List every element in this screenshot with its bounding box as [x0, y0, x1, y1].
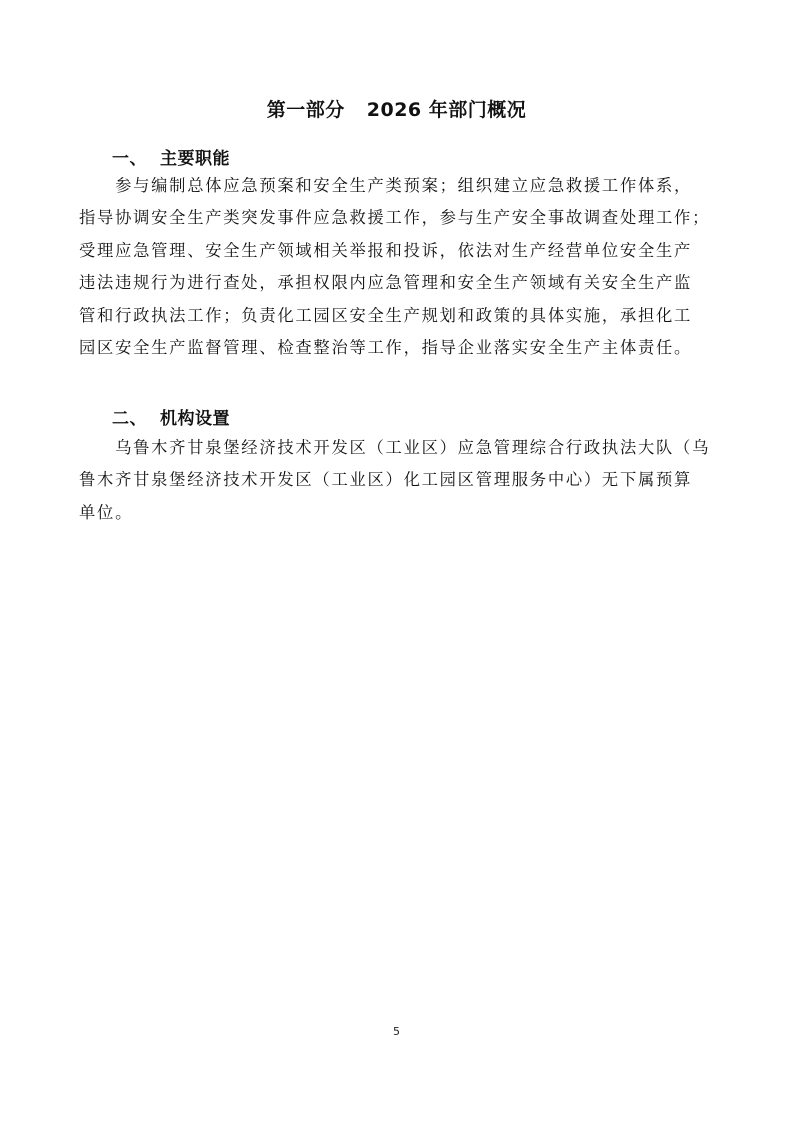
section-body-organization: 乌鲁木齐甘泉堡经济技术开发区（工业区）应急管理综合行政执法大队（乌 鲁木齐甘泉堡…	[79, 432, 715, 529]
title-text: 2026 年部门概况	[367, 99, 527, 121]
text-line: 管和行政执法工作；负责化工园区安全生产规划和政策的具体实施，承担化工	[79, 300, 715, 332]
text-line: 受理应急管理、安全生产领域相关举报和投诉，依法对生产经营单位安全生产	[79, 235, 715, 267]
text-line: 指导协调安全生产类突发事件应急救援工作，参与生产安全事故调查处理工作；	[79, 202, 715, 234]
text-line: 参与编制总体应急预案和安全生产类预案；组织建立应急救援工作体系，	[79, 170, 715, 202]
section-body-functions: 参与编制总体应急预案和安全生产类预案；组织建立应急救援工作体系， 指导协调安全生…	[79, 170, 715, 364]
section-number: 二、	[112, 407, 160, 431]
section-heading-text: 主要职能	[160, 149, 230, 169]
text-line: 乌鲁木齐甘泉堡经济技术开发区（工业区）应急管理综合行政执法大队（乌	[79, 432, 715, 464]
document-page: 第一部分2026 年部门概况 一、主要职能 参与编制总体应急预案和安全生产类预案…	[0, 0, 793, 1122]
section-number: 一、	[112, 147, 160, 171]
title-part: 第一部分	[267, 99, 345, 121]
text-line: 违法违规行为进行查处，承担权限内应急管理和安全生产领域有关安全生产监	[79, 267, 715, 299]
section-heading-organization: 二、机构设置	[112, 407, 230, 431]
section-heading-functions: 一、主要职能	[112, 147, 230, 171]
page-title: 第一部分2026 年部门概况	[0, 96, 793, 124]
text-line: 鲁木齐甘泉堡经济技术开发区（工业区）化工园区管理服务中心）无下属预算	[79, 464, 715, 496]
text-line: 园区安全生产监督管理、检查整治等工作，指导企业落实安全生产主体责任。	[79, 332, 715, 364]
section-heading-text: 机构设置	[160, 409, 230, 429]
text-line: 单位。	[79, 497, 715, 529]
page-number: 5	[0, 1025, 793, 1038]
